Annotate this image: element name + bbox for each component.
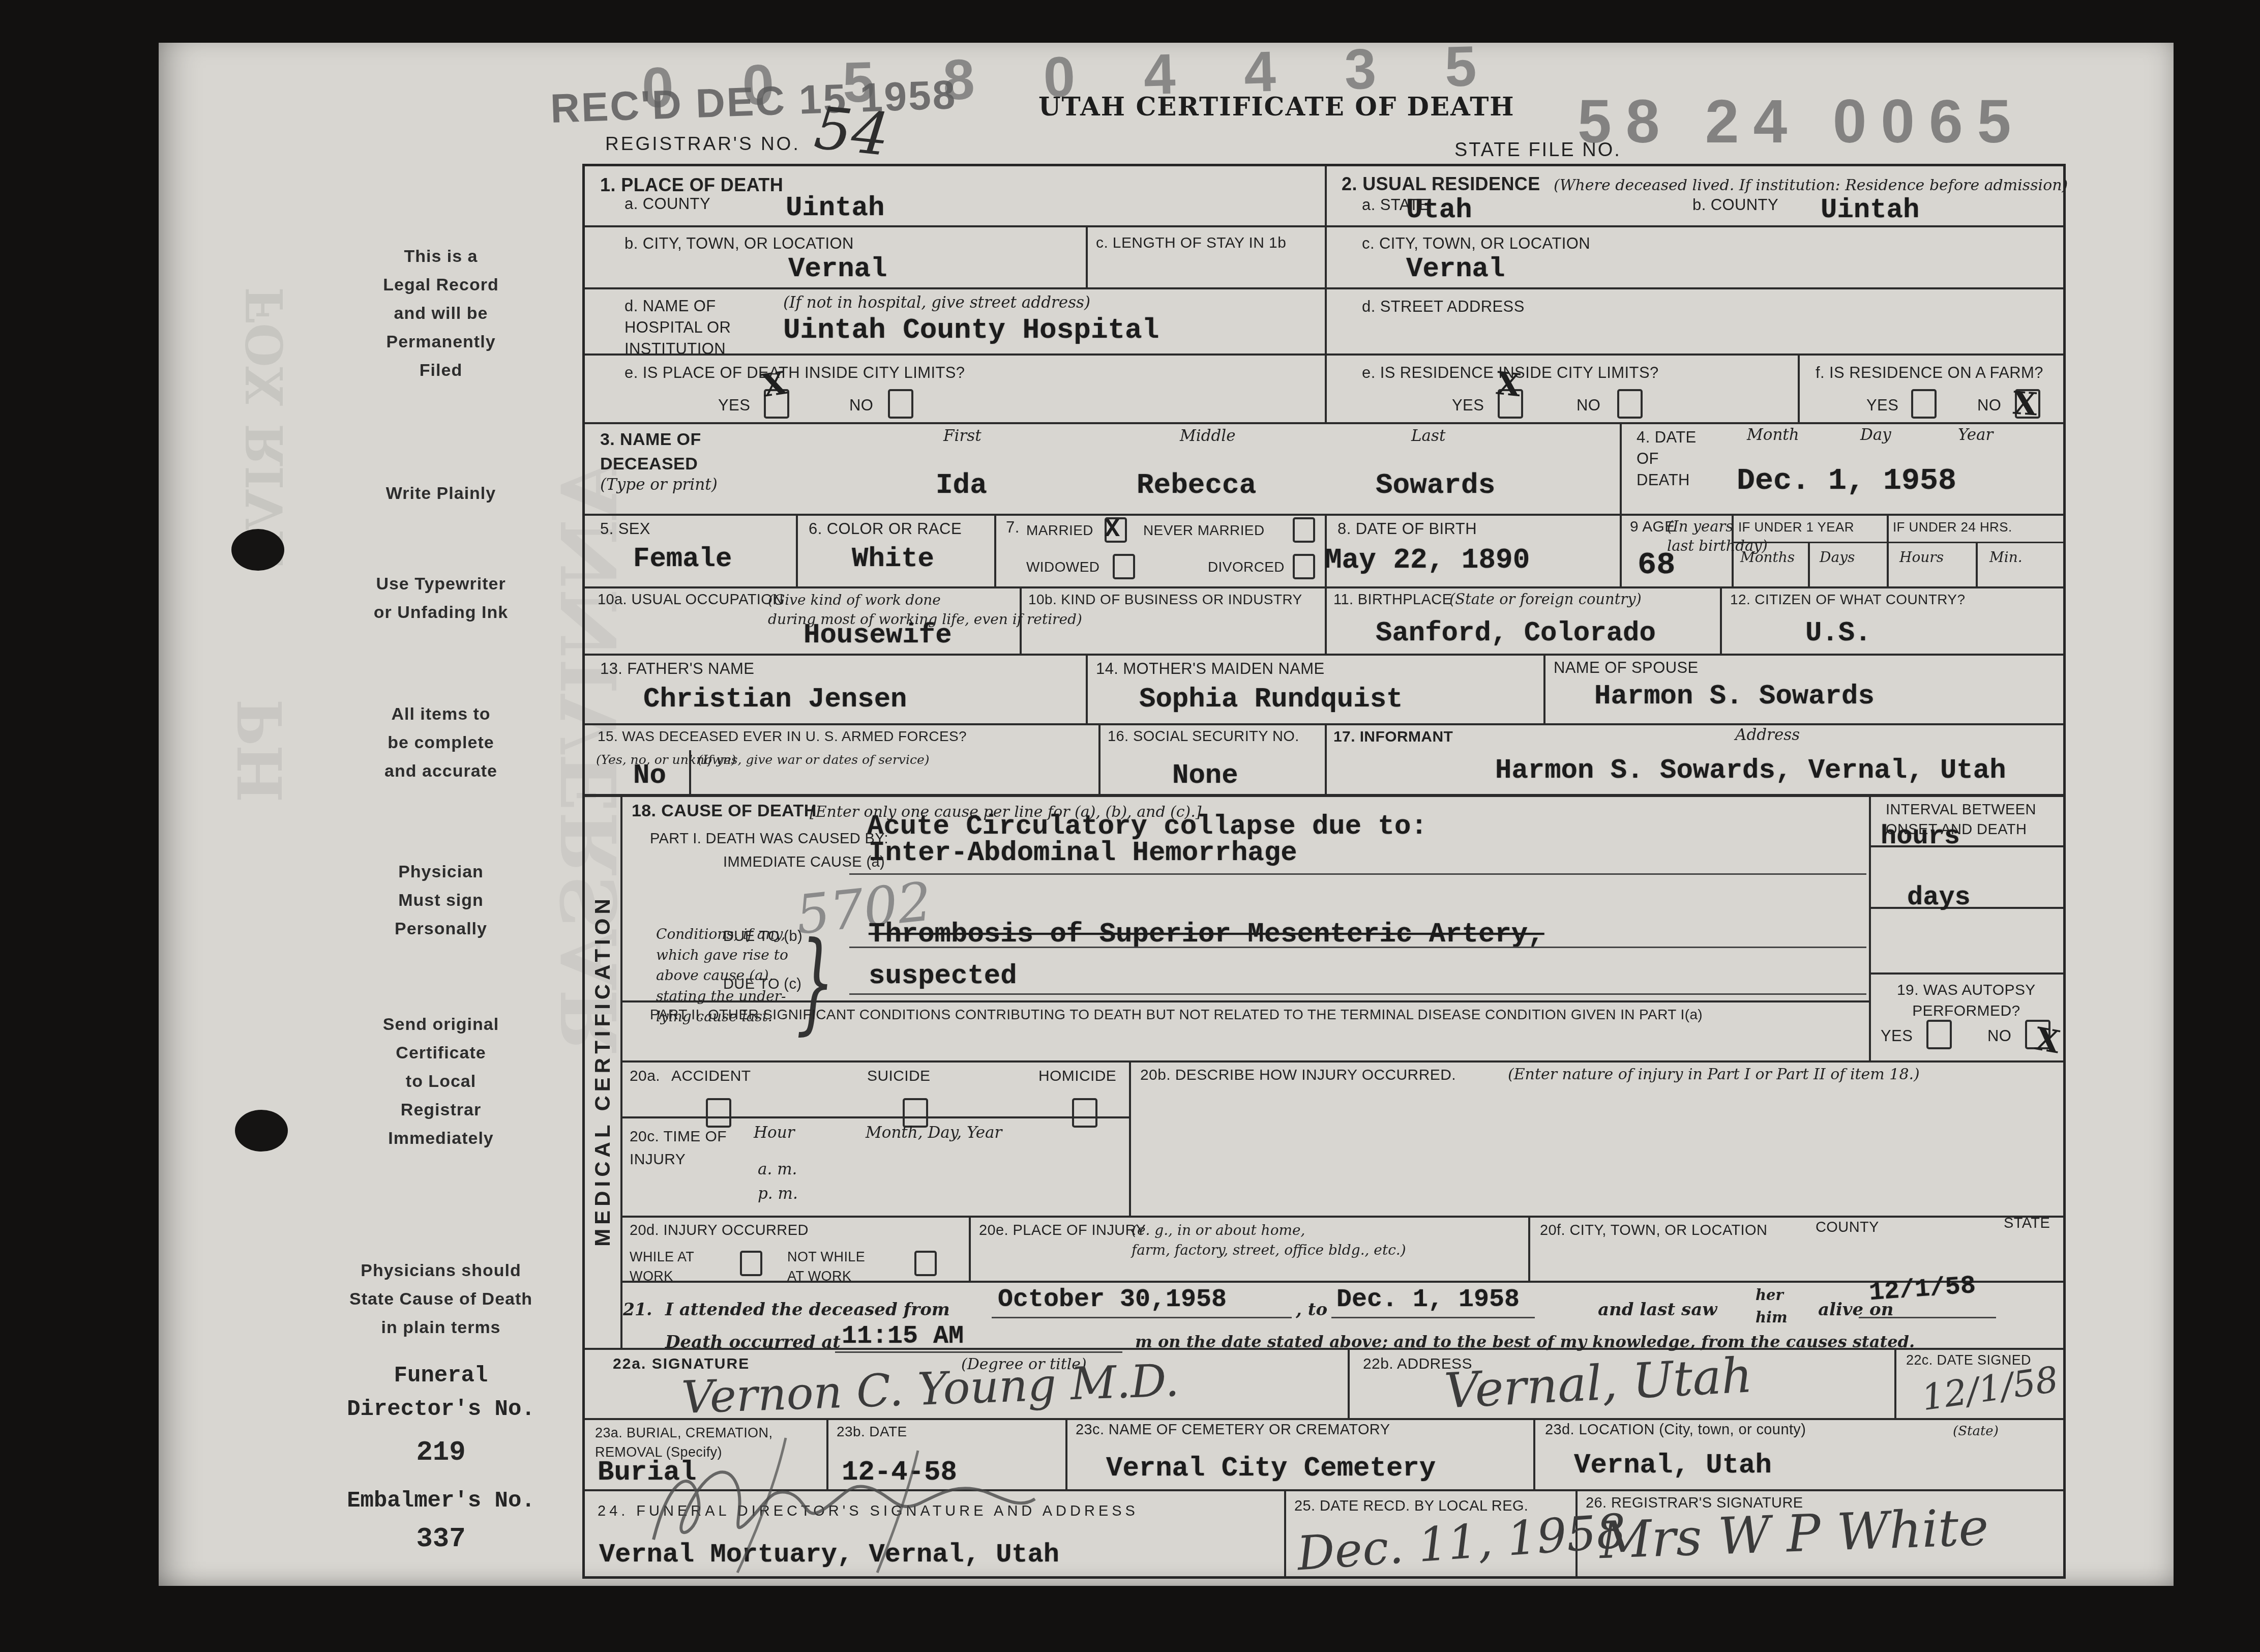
s23c-value: Vernal City Cemetery <box>1106 1453 1436 1484</box>
s21-to-value: Dec. 1, 1958 <box>1336 1285 1520 1314</box>
s2f-label: f. IS RESIDENCE ON A FARM? <box>1816 364 2043 382</box>
hole-punch <box>235 1110 288 1152</box>
physician-signature: Vernon C. Young M.D. <box>681 1354 1180 1424</box>
s23d-value: Vernal, Utah <box>1574 1450 1772 1481</box>
s1e-yes-mark: X <box>759 364 789 404</box>
s21-attended-label: I attended the deceased from <box>665 1300 950 1320</box>
s9-min-label: Min. <box>1989 549 2023 566</box>
s3-last-label: Last <box>1411 427 1445 445</box>
s4-year-label: Year <box>1958 426 1993 444</box>
s2f-yes-checkbox <box>1911 389 1937 419</box>
s11-note: (State or foreign country) <box>1449 591 1642 608</box>
s21-death-at-label: Death occurred at <box>665 1332 841 1352</box>
s11-label: 11. BIRTHPLACE <box>1333 592 1452 608</box>
s8-value: May 22, 1890 <box>1325 544 1530 576</box>
s7-widowed-checkbox <box>1113 554 1135 579</box>
s3-middle-value: Rebecca <box>1137 469 1256 501</box>
s7-never-label: NEVER MARRIED <box>1143 522 1265 539</box>
s7-married-label: MARRIED <box>1026 522 1093 539</box>
s23c-label: 23c. NAME OF CEMETERY OR CREMATORY <box>1076 1422 1390 1438</box>
funeral-director-signature <box>633 1423 1081 1575</box>
s19-label: 19. WAS AUTOPSY PERFORMED? <box>1897 980 2036 1021</box>
funeral-directors-no-value: 219 <box>301 1437 581 1468</box>
s3-title: 3. NAME OF DECEASED <box>600 428 701 476</box>
s9-hours-label: Hours <box>1899 549 1944 566</box>
s4-value: Dec. 1, 1958 <box>1737 464 1956 498</box>
s3-middle-label: Middle <box>1180 427 1236 445</box>
margin-note-physician-sign: Physician Must sign Personally <box>301 858 581 943</box>
s25-label: 25. DATE RECD. BY LOCAL REG. <box>1294 1498 1528 1515</box>
s15-note2: (If yes, give war or dates of service) <box>698 752 930 767</box>
s21-from-value: October 30,1958 <box>998 1285 1227 1314</box>
funeral-directors-no-label: Funeral Director's No. <box>301 1359 581 1426</box>
page-title: UTAH CERTIFICATE OF DEATH <box>1038 92 1515 122</box>
s19-no-label: NO <box>1987 1027 2011 1045</box>
s3-note: (Type or print) <box>600 476 718 494</box>
s20d-label: 20d. INJURY OCCURRED <box>630 1222 809 1239</box>
s18-b-value2: suspected <box>869 961 1017 992</box>
s18-label: 18. CAUSE OF DEATH <box>632 801 817 821</box>
s3-first-value: Ida <box>936 469 987 501</box>
s7-divorced-label: DIVORCED <box>1208 559 1285 575</box>
s1e-label: e. IS PLACE OF DEATH INSIDE CITY LIMITS? <box>625 364 965 382</box>
s1-title: 1. PLACE OF DEATH <box>600 174 783 196</box>
margin-note-typewriter: Use Typewriter or Unfading Ink <box>301 570 581 627</box>
margin-note-write-plainly: Write Plainly <box>301 479 581 508</box>
medical-certification-strip-label: MEDICAL CERTIFICATION <box>590 895 615 1246</box>
s20c-mdy-label: Month, Day, Year <box>866 1124 1002 1142</box>
s13-value: Christian Jensen <box>643 684 907 715</box>
margin-note-send-original: Send original Certificate to Local Regis… <box>301 1010 581 1153</box>
s20a-accident-checkbox <box>706 1098 731 1128</box>
s20a-homicide-checkbox <box>1072 1098 1097 1128</box>
margin-note-complete: All items to be complete and accurate <box>301 700 581 785</box>
s6-label: 6. COLOR OR RACE <box>809 520 962 538</box>
s3-first-label: First <box>943 427 982 445</box>
s21-lastsaw-label: and last saw <box>1598 1300 1717 1320</box>
s20c-hour-label: Hour <box>754 1124 794 1142</box>
date-received-value: Dec. 11, 1958 <box>1295 1504 1628 1581</box>
received-date-stamp: REC'D DEC 15 1958 <box>550 71 958 132</box>
s1a-label: a. COUNTY <box>625 195 710 213</box>
s9-under1-label: IF UNDER 1 YEAR <box>1738 519 1854 535</box>
s20e-label: 20e. PLACE OF INJURY <box>979 1222 1146 1239</box>
s20a-homicide-label: HOMICIDE <box>1038 1068 1116 1085</box>
s20d-while-checkbox <box>740 1251 762 1276</box>
s5-value: Female <box>633 544 732 575</box>
s1a-value: Uintah <box>786 193 884 224</box>
s10a-value: Housewife <box>804 620 952 651</box>
s2c-label: c. CITY, TOWN, OR LOCATION <box>1362 234 1590 253</box>
s20d-not-label: NOT WHILE AT WORK <box>787 1248 865 1286</box>
s10b-label: 10b. KIND OF BUSINESS OR INDUSTRY <box>1028 592 1302 608</box>
s2e-yes-label: YES <box>1452 396 1484 415</box>
s9-days-label: Days <box>1820 549 1855 566</box>
s20b-label: 20b. DESCRIBE HOW INJURY OCCURRED. <box>1140 1067 1456 1084</box>
s9-value: 68 <box>1638 547 1675 583</box>
spouse-label: NAME OF SPOUSE <box>1554 659 1699 677</box>
s1d-value: Uintah County Hospital <box>783 314 1159 346</box>
ghost-bleed-text: PH <box>225 699 296 803</box>
s2b-value: Uintah <box>1821 195 1919 226</box>
s18-due-b-label: DUE TO (b) <box>723 928 802 945</box>
s20e-note: (e. g., in or about home, farm, factory,… <box>1132 1220 1406 1260</box>
s2f-no-label: NO <box>1977 396 2001 415</box>
s21-her-label: her <box>1756 1286 1783 1304</box>
s19-yes-label: YES <box>1881 1027 1913 1045</box>
s21-time-value: 11:15 AM <box>842 1322 964 1351</box>
s2b-label: b. COUNTY <box>1692 196 1778 214</box>
s20f-state-label: STATE <box>2004 1215 2050 1232</box>
s19-yes-checkbox <box>1926 1020 1952 1049</box>
s11-value: Sanford, Colorado <box>1376 618 1656 649</box>
certificate-form: MEDICAL CERTIFICATION 1. PLACE OF DEATH … <box>582 164 2066 1579</box>
certificate-paper: FOX RIVE ANNIVERSAR PH 0 0 5 8 0 4 4 3 5… <box>159 43 2174 1586</box>
registrars-no-value: 54 <box>811 94 893 170</box>
s18-part1-label: PART I. DEATH WAS CAUSED BY: <box>650 831 888 847</box>
s12-value: U.S. <box>1805 618 1871 649</box>
s1e-no-checkbox <box>888 389 913 419</box>
s2f-no-mark: X <box>2012 384 2039 423</box>
physician-address: Vernal, Utah <box>1443 1347 1754 1420</box>
s5-label: 5. SEX <box>600 520 650 538</box>
s20f-county-label: COUNTY <box>1816 1219 1879 1236</box>
interval-days-value: days <box>1907 882 1971 912</box>
s1d-note: (If not in hospital, give street address… <box>783 293 1090 312</box>
s3-last-value: Sowards <box>1376 469 1495 501</box>
margin-note-plain-terms: Physicians should State Cause of Death i… <box>278 1256 604 1342</box>
s18-immediate-label: IMMEDIATE CAUSE (a) <box>723 854 885 871</box>
s2e-yes-mark: X <box>1494 365 1522 404</box>
s1b-label: b. CITY, TOWN, OR LOCATION <box>625 234 854 253</box>
s17-label: 17. INFORMANT <box>1333 728 1453 746</box>
s16-label: 16. SOCIAL SECURITY NO. <box>1108 728 1299 745</box>
s20f-label: 20f. CITY, TOWN, OR LOCATION <box>1540 1222 1767 1239</box>
s20d-not-checkbox <box>914 1251 937 1276</box>
s20c-ampm-label: a. m. p. m. <box>758 1157 798 1206</box>
s7-divorced-checkbox <box>1293 554 1315 579</box>
hole-punch <box>231 529 284 571</box>
s18-b-value: Thrombosis of Superior Mesenteric Artery… <box>869 919 1544 950</box>
s1b-value: Vernal <box>788 254 887 285</box>
s2e-no-checkbox <box>1617 389 1643 419</box>
s21-num: 21. <box>623 1300 652 1319</box>
s10a-label: 10a. USUAL OCCUPATION <box>598 592 784 608</box>
s8-label: 8. DATE OF BIRTH <box>1337 520 1477 538</box>
s18-due-c-label: DUE TO (c) <box>723 976 801 993</box>
s23d-state-note: (State) <box>1953 1424 1999 1439</box>
spouse-value: Harmon S. Sowards <box>1594 681 1875 712</box>
s14-value: Sophia Rundquist <box>1139 684 1403 715</box>
s16-value: None <box>1172 760 1238 791</box>
s17-address-label: Address <box>1735 726 1800 744</box>
s2e-no-label: NO <box>1577 396 1600 415</box>
s21-alive-value: 12/1/58 <box>1868 1272 1977 1308</box>
s12-label: 12. CITIZEN OF WHAT COUNTRY? <box>1730 592 1965 608</box>
s18-part2-label: PART II. OTHER SIGNIFICANT CONDITIONS CO… <box>650 1007 1860 1023</box>
s2f-yes-label: YES <box>1866 396 1898 415</box>
s2a-value: Utah <box>1406 195 1472 226</box>
s1d-label: d. NAME OF HOSPITAL OR INSTITUTION <box>625 296 731 360</box>
s20a-num: 20a. <box>630 1068 660 1085</box>
s21-to-label: , to <box>1296 1300 1327 1320</box>
state-file-no-value: 58 24 0065 <box>1578 86 2026 157</box>
embalmers-no-label: Embalmer's No. <box>301 1488 581 1514</box>
ghost-bleed-text: FOX RIVE <box>235 287 295 568</box>
s20c-label: 20c. TIME OF INJURY <box>630 1125 727 1171</box>
s15-value: No <box>633 760 666 791</box>
s7-married-mark: X <box>1105 515 1120 544</box>
margin-note-legal-record: This is a Legal Record and will be Perma… <box>301 242 581 385</box>
s9-under24-label: IF UNDER 24 HRS. <box>1893 519 2012 535</box>
s4-title: 4. DATE OF DEATH <box>1637 427 1697 491</box>
registrars-no-label: REGISTRAR'S NO. <box>605 133 800 155</box>
s2-title-note: (Where deceased lived. If institution: R… <box>1554 176 2068 194</box>
s1e-yes-label: YES <box>718 396 750 415</box>
s21-him-label: him <box>1756 1309 1788 1326</box>
s18-line2-value: Inter-Abdominal Hemorrhage <box>869 838 1297 869</box>
s2-title: 2. USUAL RESIDENCE <box>1342 173 1540 195</box>
s13-label: 13. FATHER'S NAME <box>600 660 754 678</box>
s20a-suicide-label: SUICIDE <box>867 1068 931 1085</box>
s20d-while-label: WHILE AT WORK <box>630 1248 694 1286</box>
s2d-label: d. STREET ADDRESS <box>1362 298 1525 316</box>
s17-value: Harmon S. Sowards, Vernal, Utah <box>1495 755 2006 786</box>
interval-hours-value: hours <box>1881 821 1960 851</box>
s7-never-checkbox <box>1293 517 1315 543</box>
s1e-no-label: NO <box>849 396 873 415</box>
s4-month-label: Month <box>1747 426 1799 444</box>
s20b-note: (Enter nature of injury in Part I or Par… <box>1508 1066 1920 1083</box>
s23d-label: 23d. LOCATION (City, town, or county) <box>1545 1422 1806 1438</box>
s7-num: 7. <box>1006 518 1020 537</box>
s4-day-label: Day <box>1860 426 1891 444</box>
s6-value: White <box>852 544 934 575</box>
s14-label: 14. MOTHER'S MAIDEN NAME <box>1096 660 1325 678</box>
s1c-label: c. LENGTH OF STAY IN 1b <box>1096 234 1286 252</box>
s9-months-label: Months <box>1740 549 1795 566</box>
s20a-accident-label: ACCIDENT <box>671 1068 751 1085</box>
scanned-death-certificate: { "colors":{"paper":"#d8d6d1","ink":"#1c… <box>0 0 2260 1652</box>
s7-widowed-label: WIDOWED <box>1026 559 1099 575</box>
s21-death-rest-label: m on the date stated above; and to the b… <box>1135 1332 1915 1351</box>
embalmers-no-value: 337 <box>301 1524 581 1555</box>
s2c-value: Vernal <box>1406 254 1505 285</box>
s15-label: 15. WAS DECEASED EVER IN U. S. ARMED FOR… <box>598 728 967 745</box>
